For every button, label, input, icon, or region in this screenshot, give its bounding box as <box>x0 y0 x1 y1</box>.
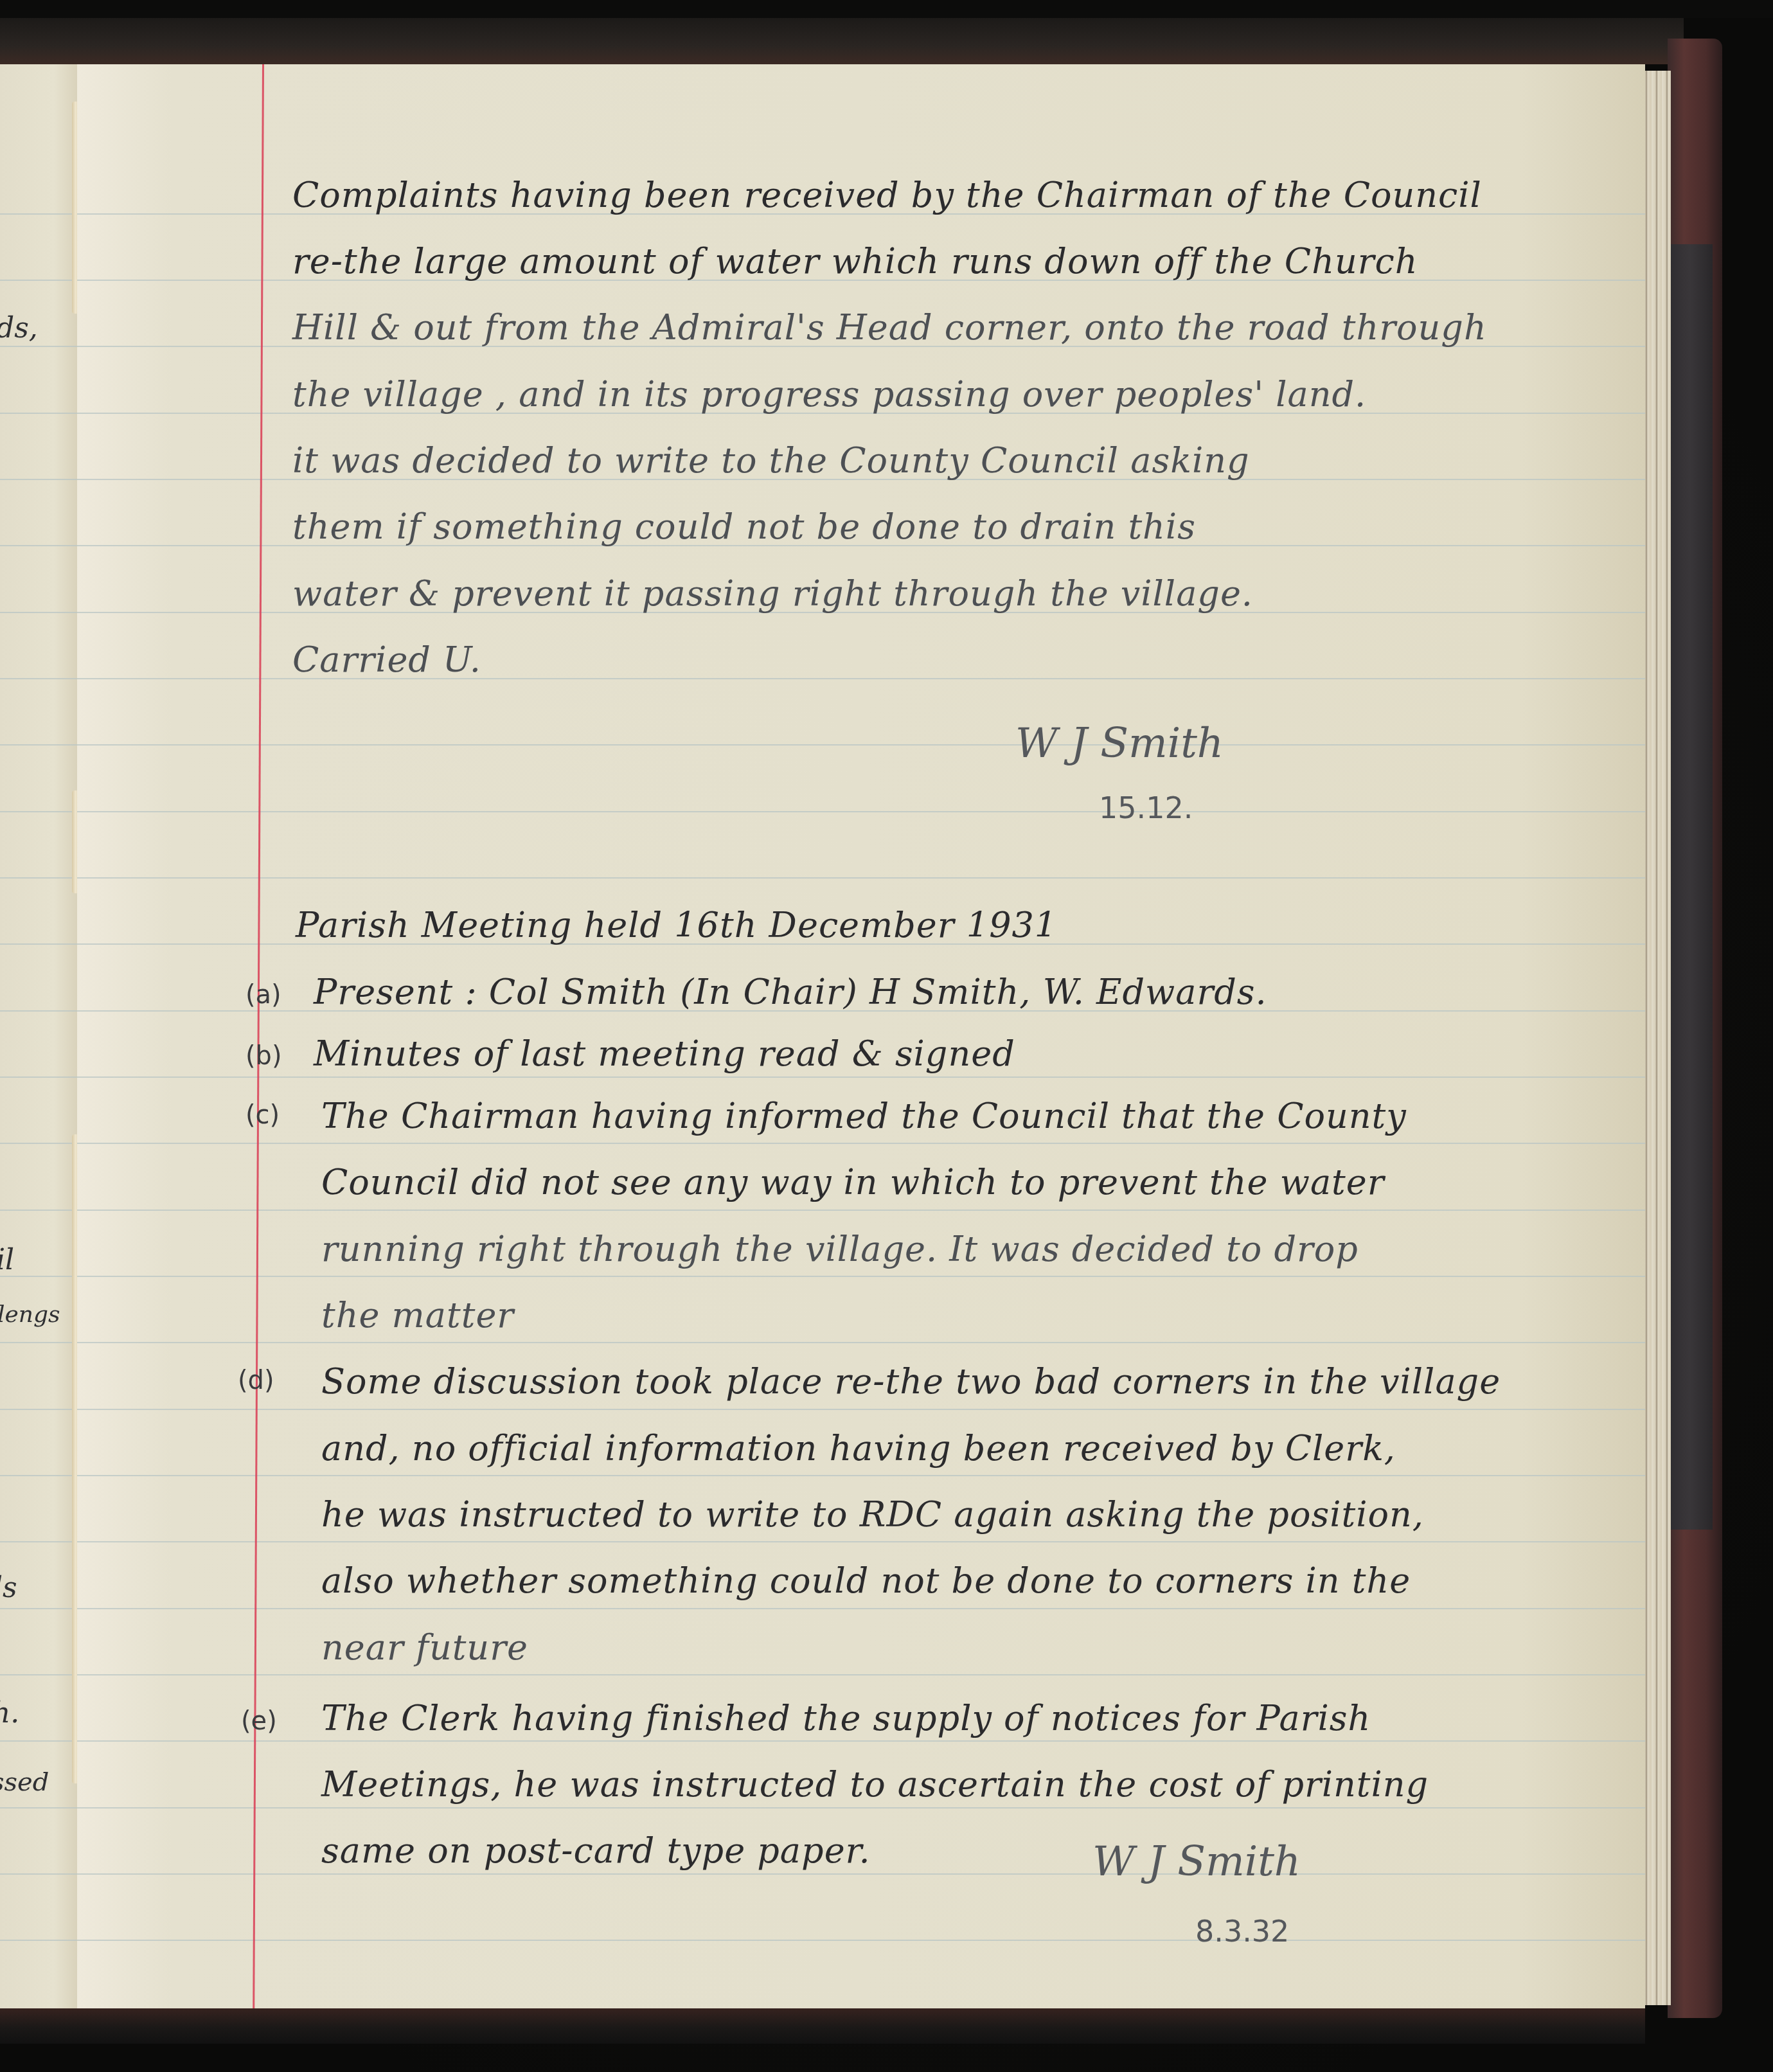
text-line: and, no official information having been… <box>321 1428 1396 1469</box>
meeting-heading: Parish Meeting held 16th December 1931 <box>296 905 1057 945</box>
rule-line <box>77 877 1645 879</box>
left-page-text: ssed <box>0 1767 49 1797</box>
rule-line <box>0 1475 77 1476</box>
book-spine-cloth <box>1668 244 1713 1530</box>
rule-line <box>77 1276 1645 1277</box>
text-line: Hill & out from the Admiral's Head corne… <box>292 307 1487 348</box>
text-line: same on post-card type paper. <box>321 1830 871 1871</box>
text-line: running right through the village. It wa… <box>321 1229 1359 1269</box>
chairman-signature: W J Smith <box>1092 1838 1301 1886</box>
signature-date: 15.12. <box>1099 790 1193 825</box>
text-line: it was decided to write to the County Co… <box>292 440 1250 481</box>
chairman-signature: W J Smith <box>1015 720 1224 767</box>
rule-line <box>77 1674 1645 1675</box>
rule-line <box>0 1807 77 1809</box>
text-line: water & prevent it passing right through… <box>292 573 1253 614</box>
left-page-text: il <box>0 1244 14 1276</box>
item-label: (c) <box>245 1100 280 1130</box>
text-line: Minutes of last meeting read & signed <box>314 1033 1015 1074</box>
left-page-text: lengs <box>0 1301 60 1328</box>
rule-line <box>0 1541 77 1542</box>
rule-line <box>77 1940 1645 1941</box>
text-line: re-the large amount of water which runs … <box>292 241 1418 281</box>
rule-line <box>77 1541 1645 1542</box>
rule-line <box>0 678 77 679</box>
rule-line <box>77 1409 1645 1410</box>
rule-line <box>77 1475 1645 1476</box>
rule-line <box>0 1143 77 1144</box>
rule-line <box>77 811 1645 812</box>
rule-line <box>77 1342 1645 1343</box>
text-line: also whether something could not be done… <box>321 1560 1411 1601</box>
rule-line <box>0 1010 77 1012</box>
item-label: (e) <box>241 1706 277 1736</box>
rule-line <box>0 1076 77 1078</box>
rule-line <box>77 1807 1645 1809</box>
rule-line <box>0 413 77 414</box>
rule-line <box>77 1873 1645 1875</box>
rule-line <box>77 744 1645 746</box>
rule-line <box>0 811 77 812</box>
text-line: them if something could not be done to d… <box>292 506 1196 547</box>
item-label: (a) <box>245 980 281 1010</box>
rule-line <box>77 1740 1645 1742</box>
rule-line <box>0 744 77 746</box>
rule-line <box>77 1608 1645 1609</box>
text-line: the village , and in its progress passin… <box>292 374 1366 415</box>
minute-book-page: Complaints having been received by the C… <box>77 64 1645 2008</box>
text-line: Some discussion took place re-the two ba… <box>321 1361 1501 1402</box>
left-page-text: ds, <box>0 312 38 344</box>
rule-line <box>0 1674 77 1675</box>
item-label: (d) <box>238 1366 274 1395</box>
rule-line <box>77 1210 1645 1211</box>
text-line: Present : Col Smith (In Chair) H Smith, … <box>314 972 1267 1012</box>
left-page-text: ls <box>0 1571 17 1604</box>
text-line: The Clerk having finished the supply of … <box>321 1698 1371 1738</box>
rule-line <box>0 1940 77 1941</box>
book-cover-bottom-edge <box>0 2005 1645 2044</box>
text-line: he was instructed to write to RDC again … <box>321 1494 1424 1535</box>
rule-line <box>0 877 77 879</box>
rule-line <box>0 479 77 480</box>
rule-line <box>0 1740 77 1742</box>
rule-line <box>0 1608 77 1609</box>
rule-line <box>0 1342 77 1343</box>
rule-line <box>77 1143 1645 1144</box>
text-line: near future <box>321 1627 528 1668</box>
rule-line <box>77 1076 1645 1078</box>
item-label: (b) <box>245 1041 282 1071</box>
text-line: The Chairman having informed the Council… <box>321 1096 1407 1136</box>
text-line: the matter <box>321 1295 514 1335</box>
rule-line <box>0 943 77 945</box>
rule-line <box>0 213 77 215</box>
text-line: Complaints having been received by the C… <box>292 175 1482 215</box>
left-page-text: h. <box>0 1697 19 1729</box>
text-line: Carried U. <box>292 639 481 680</box>
backdrop-strip <box>0 0 1773 18</box>
rule-line <box>0 1409 77 1410</box>
rule-line <box>0 346 77 347</box>
book-cover-top-edge <box>0 18 1684 64</box>
rule-line <box>0 1210 77 1211</box>
rule-line <box>0 545 77 546</box>
rule-line <box>0 280 77 281</box>
rule-line <box>0 612 77 613</box>
text-line: Council did not see any way in which to … <box>321 1162 1385 1202</box>
text-line: Meetings, he was instructed to ascertain… <box>321 1764 1429 1805</box>
rule-line <box>0 1873 77 1875</box>
left-page-fragment: ds, l il lengs ls h. ssed <box>0 64 77 2008</box>
signature-date: 8.3.32 <box>1195 1914 1289 1949</box>
